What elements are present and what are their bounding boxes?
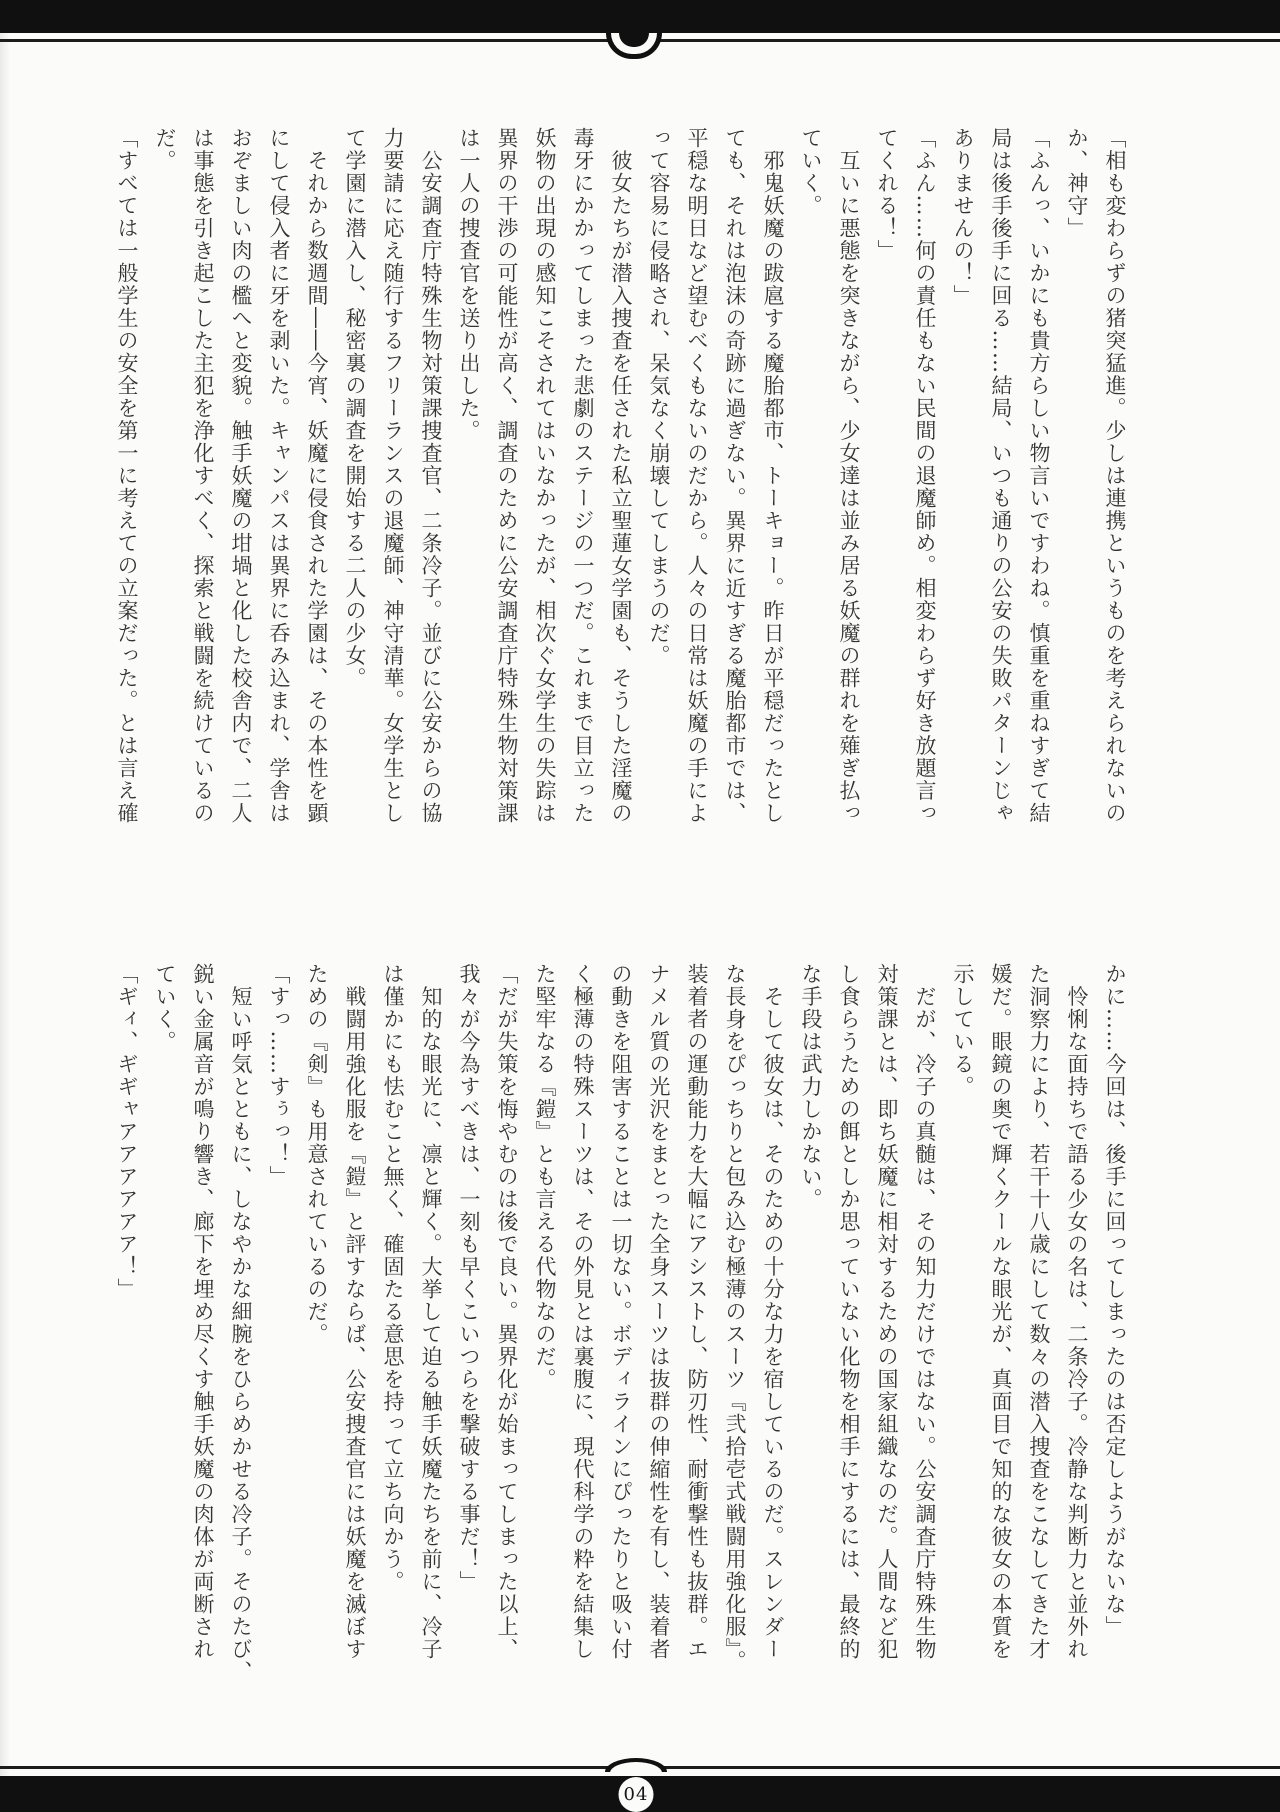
text-column: 彼女たちが潜入捜査を任された私立聖蓮女学園も、そうした淫魔の	[602, 127, 640, 833]
text-column: 互いに悪態を突きながら、少女達は並み居る妖魔の群れを薙ぎ払っ	[830, 127, 868, 833]
page-number: 04	[624, 1784, 649, 1805]
text-column: 力要請に応え随行するフリーランスの退魔師、神守清華。女学生とし	[374, 127, 412, 833]
text-column: って容易に侵略され、呆気なく崩壊してしまうのだ。	[640, 127, 678, 833]
text-column: 妖物の出現の感知こそされてはいなかったが、相次ぐ女学生の失踪は	[526, 127, 564, 833]
text-column: の動きを阻害することは一切ない。ボディラインにぴったりと吸い付	[602, 963, 640, 1690]
scanned-novel-page: 「相も変わらずの猪突猛進。少しは連携というものを考えられないのか、神守」「ふんっ…	[0, 0, 1280, 1812]
text-column: 鋭い金属音が鳴り響き、廊下を埋め尽くす触手妖魔の肉体が両断され	[184, 963, 222, 1690]
text-column: 「ギィ、ギギャアアアアアア！」	[108, 963, 146, 1690]
story-text-lower-block: かに……今回は、後手に回ってしまったのは否定しようがないな」 怜悧な面持ちで語る…	[108, 963, 1134, 1690]
text-column: 邪鬼妖魔の跋扈する魔胎都市、トーキョー。昨日が平穏だったとし	[754, 127, 792, 833]
top-border-band	[0, 0, 1280, 33]
page-number-badge: 04	[619, 1777, 654, 1812]
text-column: 装着者の運動能力を大幅にアシストし、防刃性、耐衝撃性も抜群。エ	[678, 963, 716, 1690]
text-column: 公安調査庁特殊生物対策課捜査官、二条冷子。並びに公安からの協	[412, 127, 450, 833]
text-column: 「だが失策を悔やむのは後で良い。異界化が始まってしまった以上、	[488, 963, 526, 1690]
text-column: ナメル質の光沢をまとった全身スーツは抜群の伸縮性を有し、装着者	[640, 963, 678, 1690]
text-column: 異界の干渉の可能性が高く、調査のために公安調査庁特殊生物対策課	[488, 127, 526, 833]
text-column: 局は後手後手に回る……結局、いつも通りの公安の失敗パターンじゃ	[982, 127, 1020, 833]
text-column: ための『剣』も用意されているのだ。	[298, 963, 336, 1690]
text-column: た洞察力により、若干十八歳にして数々の潜入捜査をこなしてきた才	[1020, 963, 1058, 1690]
text-column: そして彼女は、そのための十分な力を宿しているのだ。スレンダー	[754, 963, 792, 1690]
text-column: かに……今回は、後手に回ってしまったのは否定しようがないな」	[1096, 963, 1134, 1690]
text-column: 毒牙にかかってしまった悲劇のステージの一つだ。これまで目立った	[564, 127, 602, 833]
text-column: 我々が今為すべきは、一刻も早くこいつらを撃破する事だ！」	[450, 963, 488, 1690]
text-column: な長身をぴっちりと包み込む極薄のスーツ『弐拾壱式戦闘用強化服』。	[716, 963, 754, 1690]
text-column: は一人の捜査官を送り出した。	[450, 127, 488, 833]
text-column: それから数週間――今宵、妖魔に侵食された学園は、その本性を顕	[298, 127, 336, 833]
text-column: だ。	[146, 127, 184, 833]
text-column: 平穏な明日など望むべくもないのだから。人々の日常は妖魔の手によ	[678, 127, 716, 833]
text-column: た堅牢なる『鎧』とも言える代物なのだ。	[526, 963, 564, 1690]
text-column: 「相も変わらずの猪突猛進。少しは連携というものを考えられないの	[1096, 127, 1134, 833]
text-column: だが、冷子の真髄は、その知力だけではない。公安調査庁特殊生物	[906, 963, 944, 1690]
text-column: 「ふん……何の責任もない民間の退魔師め。相変わらず好き放題言っ	[906, 127, 944, 833]
text-column: は僅かにも怯むこと無く、確固たる意思を持って立ち向かう。	[374, 963, 412, 1690]
text-column: ていく。	[146, 963, 184, 1690]
text-column: 「ふんっ、いかにも貴方らしい物言いですわね。慎重を重ねすぎて結	[1020, 127, 1058, 833]
text-column: 対策課とは、即ち妖魔に相対するための国家組織なのだ。人間など犯	[868, 963, 906, 1690]
text-column: てくれる！」	[868, 127, 906, 833]
text-column: 怜悧な面持ちで語る少女の名は、二条冷子。冷静な判断力と並外れ	[1058, 963, 1096, 1690]
text-column: 短い呼気とともに、しなやかな細腕をひらめかせる冷子。そのたび、	[222, 963, 260, 1690]
text-column: 「すっ……すぅっ！」	[260, 963, 298, 1690]
text-column: ありませんの！」	[944, 127, 982, 833]
text-column: ても、それは泡沫の奇跡に過ぎない。異界に近すぎる魔胎都市では、	[716, 127, 754, 833]
text-column: にして侵入者に牙を剥いた。キャンパスは異界に呑み込まれ、学舎は	[260, 127, 298, 833]
left-scan-shading	[0, 0, 10, 1812]
text-column: て学園に潜入し、秘密裏の調査を開始する二人の少女。	[336, 127, 374, 833]
text-column: 示している。	[944, 963, 982, 1690]
text-column: し食らうための餌としか思っていない化物を相手にするには、最終的	[830, 963, 868, 1690]
text-column: ていく。	[792, 127, 830, 833]
text-column: 戦闘用強化服を『鎧』と評すならば、公安捜査官には妖魔を滅ぼす	[336, 963, 374, 1690]
text-column: 知的な眼光に、凛と輝く。大挙して迫る触手妖魔たちを前に、冷子	[412, 963, 450, 1690]
text-column: 媛だ。眼鏡の奥で輝くクールな眼光が、真面目で知的な彼女の本質を	[982, 963, 1020, 1690]
text-column: おぞましい肉の檻へと変貌。触手妖魔の坩堝と化した校舎内で、二人	[222, 127, 260, 833]
text-column: く極薄の特殊スーツは、その外見とは裏腹に、現代科学の粋を結集し	[564, 963, 602, 1690]
story-text-upper-block: 「相も変わらずの猪突猛進。少しは連携というものを考えられないのか、神守」「ふんっ…	[108, 127, 1134, 833]
text-column: な手段は武力しかない。	[792, 963, 830, 1690]
text-column: 「すべては一般学生の安全を第一に考えての立案だった。とは言え確	[108, 127, 146, 833]
text-column: か、神守」	[1058, 127, 1096, 833]
text-column: は事態を引き起こした主犯を浄化すべく、探索と戦闘を続けているの	[184, 127, 222, 833]
